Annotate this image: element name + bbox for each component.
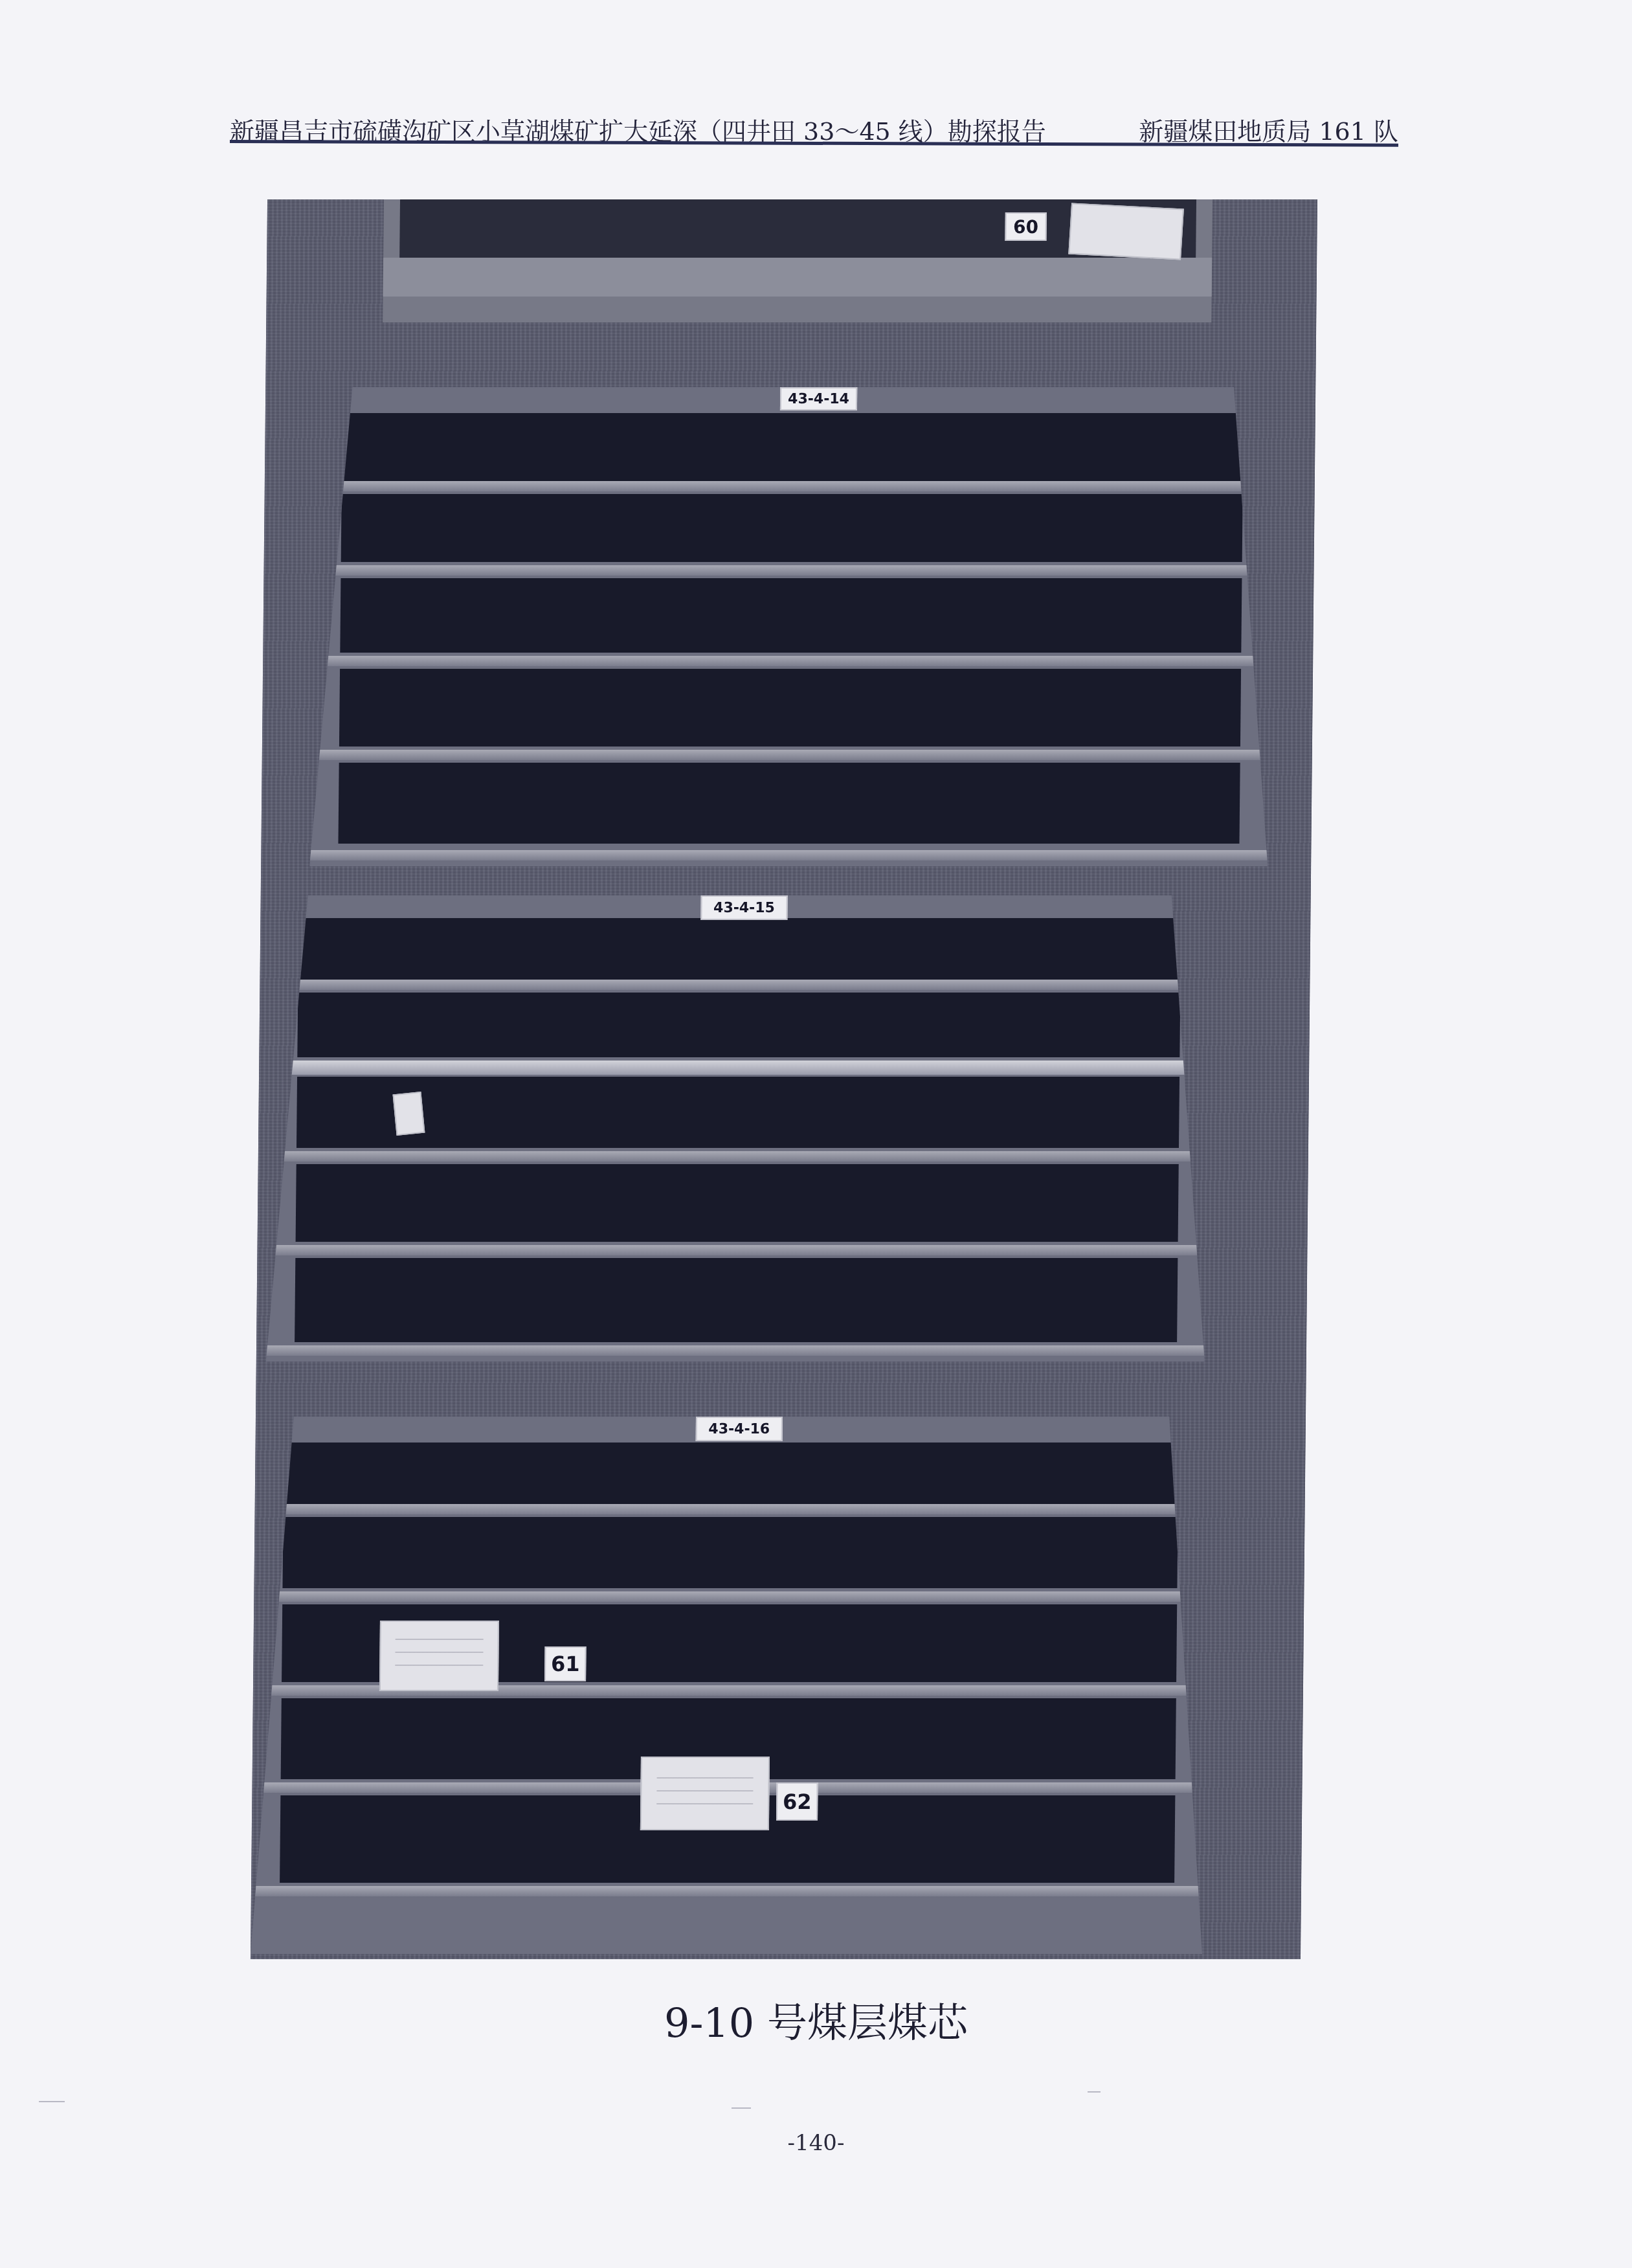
top-core-box: 60	[383, 199, 1213, 322]
box-label: 43-4-15	[700, 895, 787, 920]
box-label: 43-4-14	[780, 387, 857, 410]
coal-core-photo: 60 43-4-14 43-4-15	[251, 199, 1317, 1959]
core-fragment	[393, 1092, 425, 1136]
sample-tag: 61	[544, 1646, 587, 1681]
sample-tag: 62	[776, 1782, 818, 1821]
core-box-3: 43-4-16 61 62	[251, 1417, 1207, 1954]
sample-card	[1068, 203, 1184, 260]
core-box-2: 43-4-15	[266, 895, 1209, 1362]
sample-card	[379, 1621, 499, 1691]
organization-name: 新疆煤田地质局 161 队	[1139, 111, 1398, 147]
box-label: 43-4-16	[696, 1417, 783, 1441]
core-box-1: 43-4-14	[309, 387, 1272, 866]
page-number: -140-	[0, 2130, 1632, 2156]
sample-card	[640, 1757, 770, 1830]
scan-artifact	[39, 2101, 65, 2102]
scan-artifact	[732, 2107, 751, 2109]
figure-caption: 9-10 号煤层煤芯	[0, 1991, 1632, 2049]
box-rail	[383, 258, 1213, 297]
sample-tag: 60	[1005, 212, 1046, 241]
scan-artifact	[1088, 2091, 1101, 2093]
